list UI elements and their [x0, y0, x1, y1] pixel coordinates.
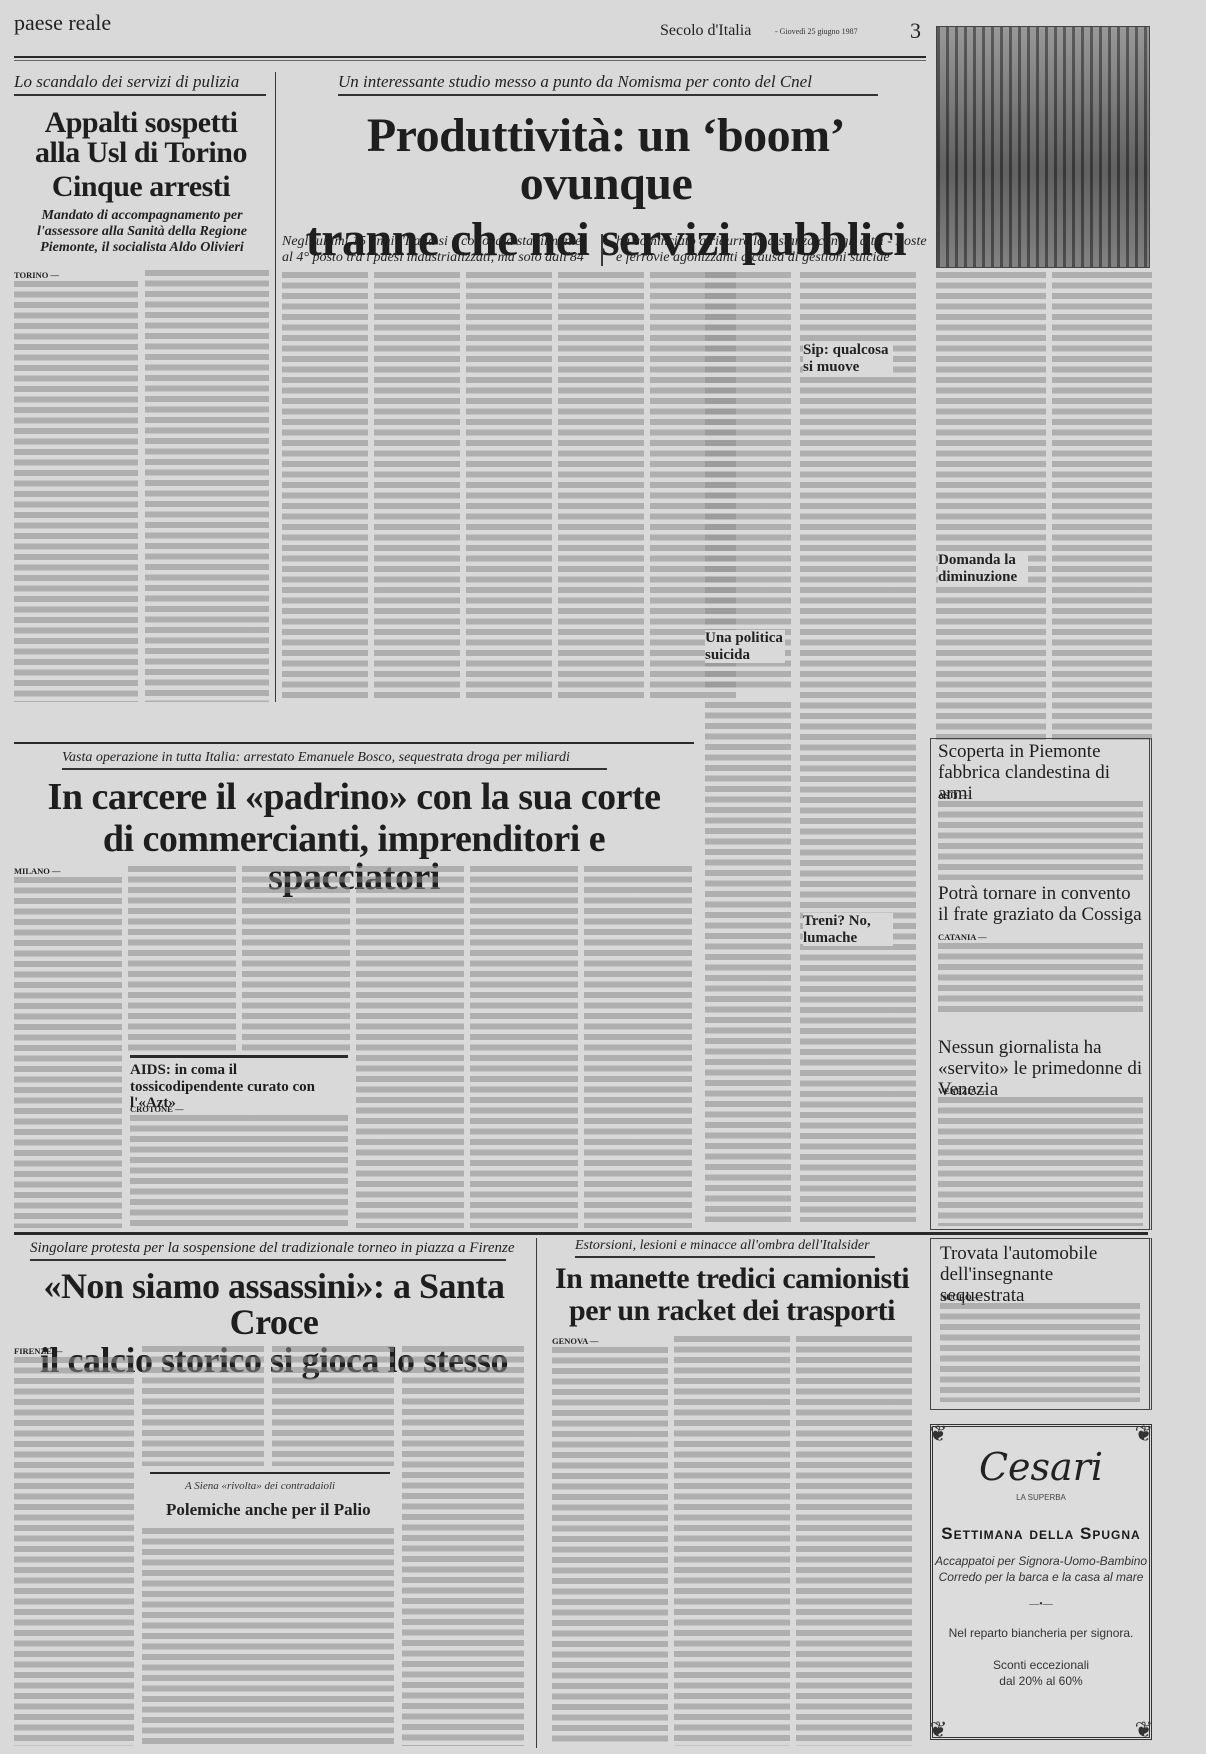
article-text — [936, 272, 1046, 742]
article-body-column: MILANO — — [14, 866, 122, 1228]
newspaper-name: Secolo d'Italia — [660, 22, 751, 40]
page-number: 3 — [910, 18, 921, 44]
dateline: FIRENZE — — [14, 1346, 62, 1356]
article-body-column — [705, 702, 791, 1222]
article-body-column — [142, 1346, 264, 1466]
deck-right: ha cominciato a ridurre la distanza con … — [616, 234, 928, 266]
article-text — [800, 272, 916, 1222]
dateline: MILANO — — [14, 866, 61, 876]
article-body-column — [558, 272, 644, 702]
deck-left: Negli ultimi 15 anni l'Italia si è collo… — [282, 234, 592, 266]
article-text — [940, 1303, 1140, 1403]
ornament-separator-icon: —•— — [933, 1599, 1149, 1610]
headline-line: Produttività: un ‘boom’ ovunque — [282, 112, 930, 208]
article-body-column — [128, 866, 236, 1052]
article-text — [552, 1347, 668, 1747]
article-text — [14, 877, 122, 1229]
masthead-rule-thin — [14, 60, 926, 61]
article-text — [128, 866, 236, 1052]
article-text — [705, 272, 791, 692]
article-text — [14, 1357, 134, 1747]
article-text — [938, 943, 1143, 1017]
article-text — [145, 270, 269, 702]
headline-line: per un racket dei trasporti — [544, 1296, 920, 1326]
article-text — [938, 1097, 1143, 1227]
dateline: CROTONE — — [130, 1104, 183, 1114]
ad-title: Settimana della Spugna — [933, 1524, 1149, 1544]
ad-tagline-line: Corredo per la barca e la casa al mare — [933, 1570, 1149, 1586]
floral-corner-icon: ❦ — [929, 1717, 947, 1743]
column-divider — [275, 72, 276, 702]
headline-line: «Non siamo assassini»: a Santa Croce — [14, 1268, 534, 1340]
article-text — [14, 281, 138, 703]
ad-discount-line: Sconti eccezionali — [933, 1658, 1149, 1674]
article-text — [356, 866, 464, 1228]
article-body-column — [800, 272, 916, 1222]
article-body-column — [242, 866, 350, 1052]
dateline: NUORO — — [940, 1292, 982, 1302]
palio-rule — [150, 1472, 390, 1474]
article-body-column — [705, 272, 791, 692]
article-text — [558, 272, 644, 702]
brief-body: CATANIA — — [938, 932, 1143, 1016]
headline-line: In manette tredici camionisti — [544, 1264, 920, 1294]
article-body-column — [674, 1336, 790, 1746]
article-body-column: GENOVA — — [552, 1336, 668, 1746]
article-body-column — [584, 866, 692, 1228]
kicker-usl-torino: Lo scandalo dei servizi di pulizia — [14, 72, 266, 96]
column-divider — [536, 1238, 537, 1748]
kicker-santa-croce: Singolare protesta per la sospensione de… — [30, 1240, 506, 1261]
kicker-camionisti: Estorsioni, lesioni e minacce all'ombra … — [575, 1238, 875, 1258]
dateline: VENEZIA — — [938, 1086, 987, 1096]
article-body-column — [272, 1346, 394, 1466]
ad-tagline-line: Accappatoi per Signora-Uomo-Bambino — [933, 1554, 1149, 1570]
article-text — [242, 866, 350, 1052]
article-body-column — [796, 1336, 912, 1746]
ad-intro: LA SUPERBA — [933, 1493, 1149, 1502]
article-body-column — [356, 866, 464, 1228]
aids-rule — [130, 1055, 348, 1058]
issue-date: - Giovedì 25 giugno 1987 — [775, 27, 858, 36]
article-body-column — [466, 272, 552, 702]
article-body-column — [374, 272, 460, 702]
subhead-usl-torino: Mandato di accompagnamento per l'assesso… — [18, 208, 266, 256]
ad-tagline: Accappatoi per Signora-Uomo-Bambino Corr… — [933, 1554, 1149, 1585]
article-text — [938, 801, 1143, 881]
article-text — [1052, 272, 1152, 742]
news-photo-office — [936, 26, 1150, 268]
advertisement-cesari: ❦ ❦ ❦ ❦ Cesari LA SUPERBA Settimana dell… — [930, 1424, 1152, 1740]
article-text — [674, 1336, 790, 1746]
section-rule — [14, 742, 694, 744]
brief-body: NUORO — — [940, 1292, 1140, 1402]
brief-body: ASTI — — [938, 790, 1143, 880]
article-text — [705, 702, 791, 1222]
headline-usl-torino: Appalti sospetti alla Usl di Torino Cinq… — [14, 108, 268, 202]
article-text — [272, 1346, 394, 1466]
article-text — [282, 272, 368, 702]
dateline: ASTI — — [938, 790, 968, 800]
article-body-column: TORINO — — [14, 270, 138, 702]
article-body-column: CROTONE — — [130, 1104, 348, 1228]
ad-discount: Sconti eccezionali dal 20% al 60% — [933, 1658, 1149, 1689]
article-body-column: FIRENZE — — [14, 1346, 134, 1746]
brand-logo: Cesari — [933, 1445, 1149, 1489]
ad-line: Nel reparto biancheria per signora. — [933, 1626, 1149, 1640]
article-body-column — [1052, 272, 1152, 742]
article-text — [402, 1346, 524, 1746]
headline-palio: Polemiche anche per il Palio — [166, 1500, 371, 1520]
dateline: GENOVA — — [552, 1336, 598, 1346]
brief-body: VENEZIA — — [938, 1086, 1143, 1226]
article-body-column — [145, 270, 269, 702]
headline-line: alla Usl di Torino — [14, 138, 268, 168]
brief-headline: Potrà tornare in convento il frate grazi… — [938, 884, 1143, 926]
article-body-column — [936, 272, 1046, 742]
article-text — [130, 1115, 348, 1229]
crosshead: Domanda la diminuzione — [938, 552, 1028, 585]
dateline: CATANIA — — [938, 932, 987, 942]
masthead-rule — [14, 56, 926, 58]
headline-line: In carcere il «padrino» con la sua corte — [14, 778, 694, 816]
kicker-padrino: Vasta operazione in tutta Italia: arrest… — [62, 750, 607, 770]
ad-discount-line: dal 20% al 60% — [933, 1674, 1149, 1690]
article-body-column — [282, 272, 368, 702]
article-text — [142, 1346, 264, 1466]
article-text — [374, 272, 460, 702]
crosshead: Una politica suicida — [705, 630, 785, 663]
article-body-column — [470, 866, 578, 1228]
headline-line: Appalti sospetti — [14, 108, 268, 138]
kicker-palio: A Siena «rivolta» dei contradaioli — [185, 1480, 335, 1492]
section-title: paese reale — [14, 10, 111, 36]
floral-corner-icon: ❦ — [1135, 1421, 1153, 1447]
headline-line: Cinque arresti — [14, 172, 268, 202]
article-body-column — [402, 1346, 524, 1746]
crosshead: Sip: qualcosa si muove — [803, 342, 893, 375]
headline-camionisti: In manette tredici camionisti per un rac… — [544, 1264, 920, 1326]
crosshead: Treni? No, lumache — [803, 913, 893, 946]
deck-divider — [601, 234, 603, 266]
article-text — [142, 1528, 394, 1746]
section-rule — [14, 1232, 1148, 1235]
floral-corner-icon: ❦ — [929, 1421, 947, 1447]
floral-corner-icon: ❦ — [1135, 1717, 1153, 1743]
dateline: TORINO — — [14, 270, 59, 280]
kicker-produttivita: Un interessante studio messo a punto da … — [338, 72, 878, 96]
article-text — [470, 866, 578, 1228]
article-text — [796, 1336, 912, 1746]
article-body-column — [142, 1528, 394, 1746]
article-text — [584, 866, 692, 1228]
article-text — [466, 272, 552, 702]
